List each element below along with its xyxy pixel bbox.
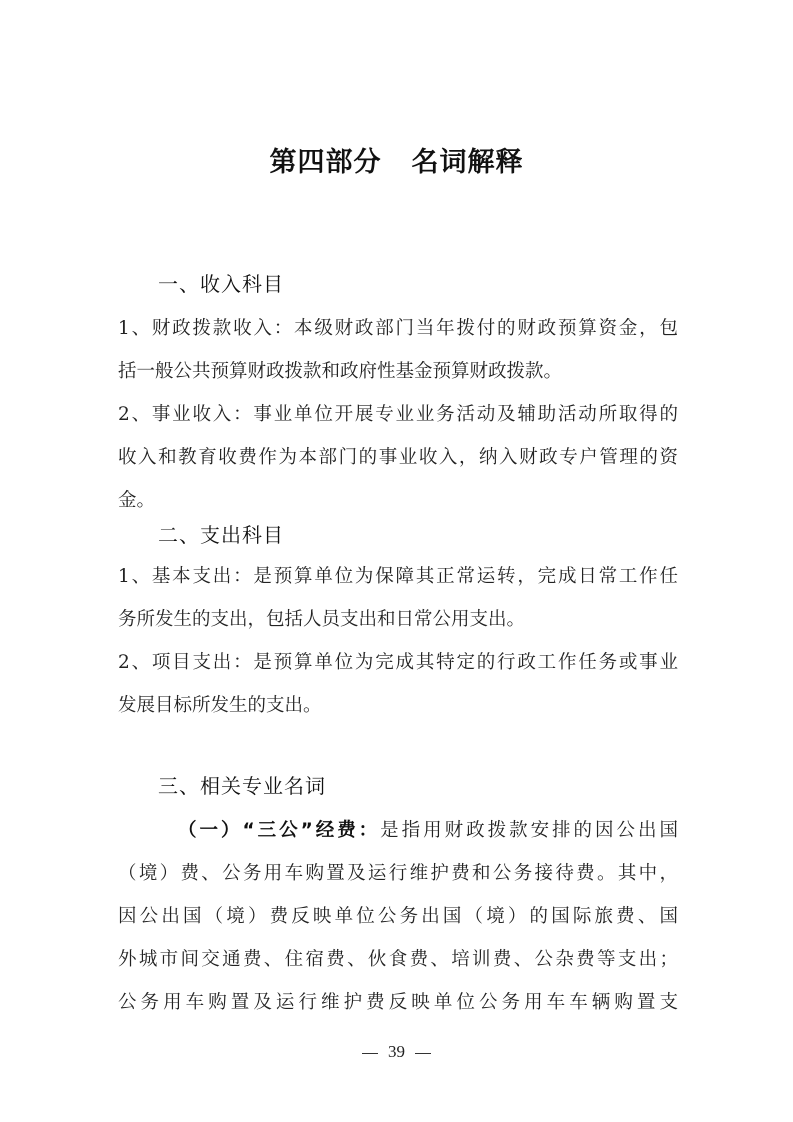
paragraph-line: （境）费、公务用车购置及运行维护费和公务接待费。其中，: [118, 859, 678, 885]
page-number: 39: [388, 1042, 405, 1061]
title-name: 名词解释: [412, 147, 524, 178]
paragraph-line: 务所发生的支出，包括人员支出和日常公用支出。: [118, 605, 678, 631]
section-heading-income: 一、收入科目: [158, 268, 284, 297]
section-heading-terms: 三、相关专业名词: [158, 770, 326, 799]
footer-dash: [362, 1053, 378, 1054]
paragraph-line: 收入和教育收费作为本部门的事业收入，纳入财政专户管理的资: [118, 443, 678, 469]
page-footer: 39: [0, 1042, 793, 1062]
paragraph-line: 因公出国（境）费反映单位公务出国（境）的国际旅费、国: [118, 902, 678, 928]
page-title: 第四部分名词解释: [0, 140, 793, 179]
paragraph-line: 金。: [118, 486, 678, 512]
paragraph-line: 发展目标所发生的支出。: [118, 691, 678, 717]
paragraph-line: 公务用车购置及运行维护费反映单位公务用车车辆购置支: [118, 988, 678, 1014]
paragraph-line: （一）“三公”经费：是指用财政拨款安排的因公出国: [178, 816, 678, 842]
paragraph-line: 括一般公共预算财政拨款和政府性基金预算财政拨款。: [118, 357, 678, 383]
title-part: 第四部分: [270, 147, 382, 178]
term-text: 是指用财政拨款安排的因公出国: [380, 820, 678, 841]
paragraph-line: 2、事业收入：事业单位开展专业业务活动及辅助活动所取得的: [118, 400, 678, 426]
footer-dash: [415, 1053, 431, 1054]
term-lead: （一）“三公”经费：: [178, 820, 380, 841]
paragraph-line: 2、项目支出：是预算单位为完成其特定的行政工作任务或事业: [118, 648, 678, 674]
paragraph-line: 外城市间交通费、住宿费、伙食费、培训费、公杂费等支出；: [118, 945, 678, 971]
section-heading-expenditure: 二、支出科目: [158, 519, 284, 548]
paragraph-line: 1、基本支出：是预算单位为保障其正常运转，完成日常工作任: [118, 562, 678, 588]
document-page: 第四部分名词解释 一、收入科目 1、财政拨款收入：本级财政部门当年拨付的财政预算…: [0, 0, 793, 1122]
paragraph-line: 1、财政拨款收入：本级财政部门当年拨付的财政预算资金，包: [118, 314, 678, 340]
